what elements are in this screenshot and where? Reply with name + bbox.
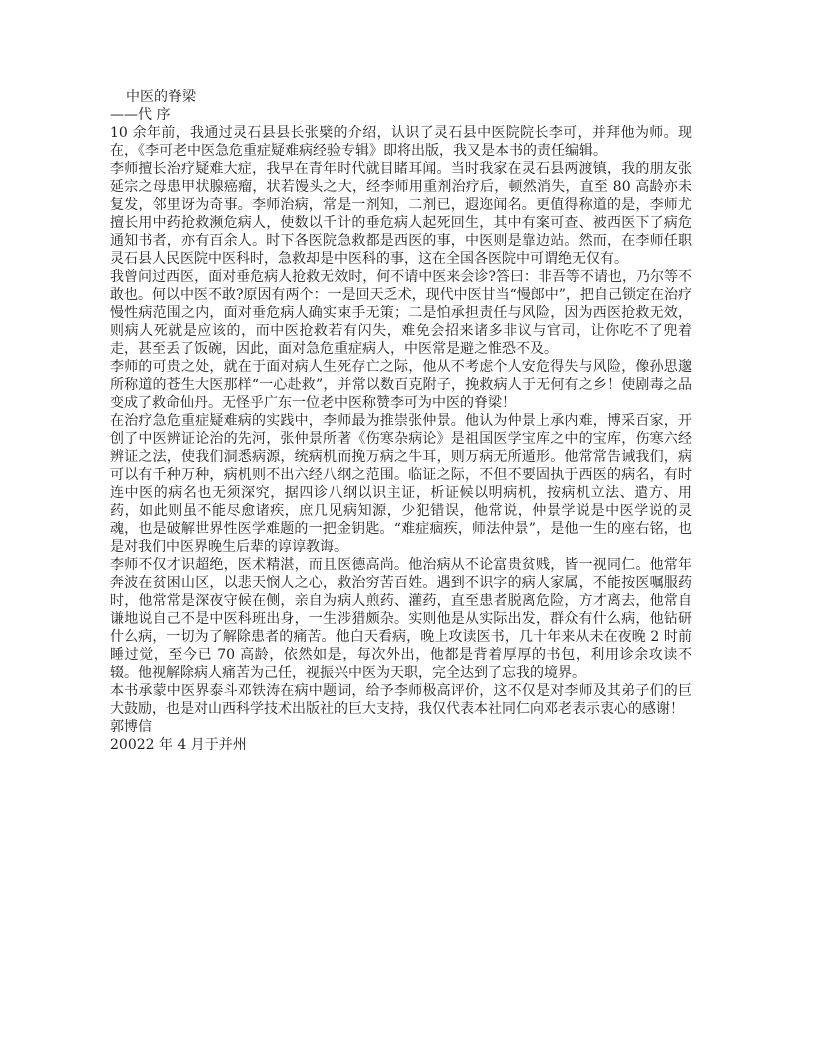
signature: 郭博信 bbox=[110, 718, 692, 736]
paragraph: 我曾问过西医，面对垂危病人抢救无效时，何不请中医来会诊?答曰：非吾等不请也，乃尔… bbox=[110, 268, 692, 358]
paragraph: 李师擅长治疗疑难大症，我早在青年时代就目睹耳闻。当时我家在灵石县两渡镇，我的朋友… bbox=[110, 160, 692, 268]
document-title: 中医的脊梁 bbox=[110, 88, 692, 106]
paragraph: 李师的可贵之处，就在于面对病人生死存亡之际，他从不考虑个人安危得失与风险，像孙思… bbox=[110, 358, 692, 412]
document-body: 中医的脊梁 ——代 序 10 余年前，我通过灵石县县长张檗的介绍，认识了灵石县中… bbox=[110, 88, 692, 754]
paragraph: 本书承蒙中医界泰斗邓铁涛在病中题词，给予李师极高评价，这不仅是对李师及其弟子们的… bbox=[110, 682, 692, 718]
paragraph: 10 余年前，我通过灵石县县长张檗的介绍，认识了灵石县中医院院长李可，并拜他为师… bbox=[110, 124, 692, 160]
document-page: 中医的脊梁 ——代 序 10 余年前，我通过灵石县县长张檗的介绍，认识了灵石县中… bbox=[0, 0, 816, 1056]
date-line: 20022 年 4 月于并州 bbox=[110, 736, 692, 754]
document-subtitle: ——代 序 bbox=[110, 106, 692, 124]
paragraph: 李师不仅才识超绝，医术精湛，而且医德高尚。他治病从不论富贵贫贱，皆一视同仁。他常… bbox=[110, 556, 692, 682]
paragraph: 在治疗急危重症疑难病的实践中，李师最为推崇张仲景。他认为仲景上承内难，博采百家，… bbox=[110, 412, 692, 556]
